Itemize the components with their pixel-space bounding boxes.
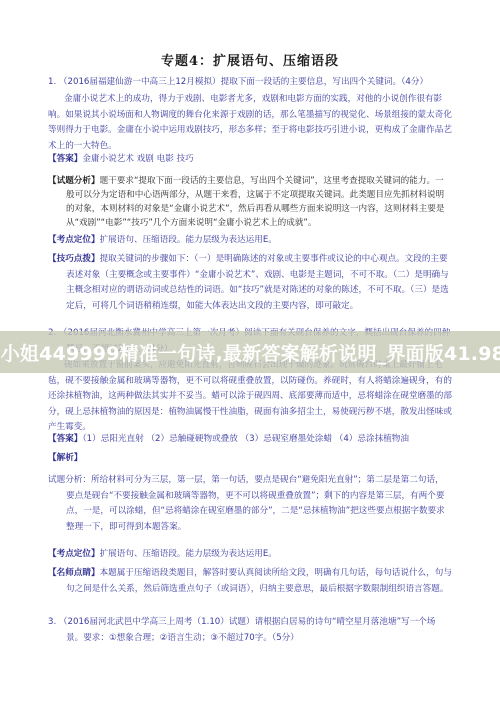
point-text: 扩展语句、压缩语段。能力层级为表达运用E。: [100, 235, 277, 245]
analysis-label: 【解析】: [48, 453, 82, 463]
question-3-stem: 3. （2016届河北武邑中学高三上周考（1.10）试题）请根据白居易的诗句“晴…: [48, 615, 452, 646]
answer-label: 【答案】: [48, 434, 82, 444]
question-1-passage: 金庸小说艺术上的成功，得力于戏剧、电影者尤多，戏剧和电影方面的实践，对他的小说创…: [48, 92, 452, 154]
tips-text: 本题属于压缩语段类题目，解答时要认真阅读所给文段，明确有几句话，每句话说什么，句…: [66, 568, 452, 594]
page-title: 专题4：扩展语句、压缩语段: [0, 50, 500, 69]
question-2-analysis: 试题分析：所给材料可分为三层，第一层，第一句话，要点是砚台“避免阳光直射”；第二…: [48, 473, 452, 535]
question-1-answer: 【答案】金庸小说艺术 戏剧 电影 技巧: [48, 152, 452, 168]
question-2-tips: 【名师点睛】本题属于压缩语段类题目，解答时要认真阅读所给文段，明确有几句话，每句…: [48, 566, 452, 597]
banner-text: 白小姐449999精准一句诗,最新答案解析说明_界面版41.981: [0, 339, 500, 366]
question-1-analysis: 【试题分析】题干要求“提取下面一段话的主要信息，写出四个关键词”，这里考查提取关…: [48, 174, 452, 230]
question-2-analysis-label: 【解析】: [48, 451, 452, 467]
question-1-stem: 1. （2016届福建仙游一中高三上12月模拟）提取下面一段话的主要信息，写出四…: [48, 75, 452, 91]
analysis-label: 【试题分析】: [48, 176, 100, 186]
watermark-banner: 白小姐449999精准一句诗,最新答案解析说明_界面版41.981: [0, 331, 500, 373]
answer-label: 【答案】: [48, 154, 82, 164]
point-label: 【考点定位】: [48, 549, 100, 559]
document-page: 专题4：扩展语句、压缩语段 1. （2016届福建仙游一中高三上12月模拟）提取…: [0, 0, 500, 707]
answer-text: 金庸小说艺术 戏剧 电影 技巧: [82, 154, 193, 164]
answer-text: （1）忌阳光直射 （2）忌触碰硬物或叠放 （3）忌砚室磨墨处涂蜡 （4）忌涂抹植…: [82, 434, 409, 444]
tips-text: 提取关键词的步骤如下：（一）是明确陈述的对象或主要事件或议论的中心观点。文段的主…: [66, 254, 449, 311]
question-2-answer: 【答案】（1）忌阳光直射 （2）忌触碰硬物或叠放 （3）忌砚室磨墨处涂蜡 （4）…: [48, 432, 452, 448]
tips-label: 【名师点睛】: [48, 568, 100, 578]
point-label: 【考点定位】: [48, 235, 100, 245]
question-1-tips: 【技巧点拨】提取关键词的步骤如下：（一）是明确陈述的对象或主要事件或议论的中心观…: [48, 252, 452, 314]
point-text: 扩展语句、压缩语段。能力层级为表达运用E。: [100, 549, 277, 559]
question-1-point: 【考点定位】扩展语句、压缩语段。能力层级为表达运用E。: [48, 233, 452, 249]
analysis-text: 题干要求“提取下面一段话的主要信息，写出四个关键词”，这里考查提取关键词的能力。…: [66, 176, 444, 228]
question-2-point: 【考点定位】扩展语句、压缩语段。能力层级为表达运用E。: [48, 547, 452, 563]
tips-label: 【技巧点拨】: [48, 254, 100, 264]
